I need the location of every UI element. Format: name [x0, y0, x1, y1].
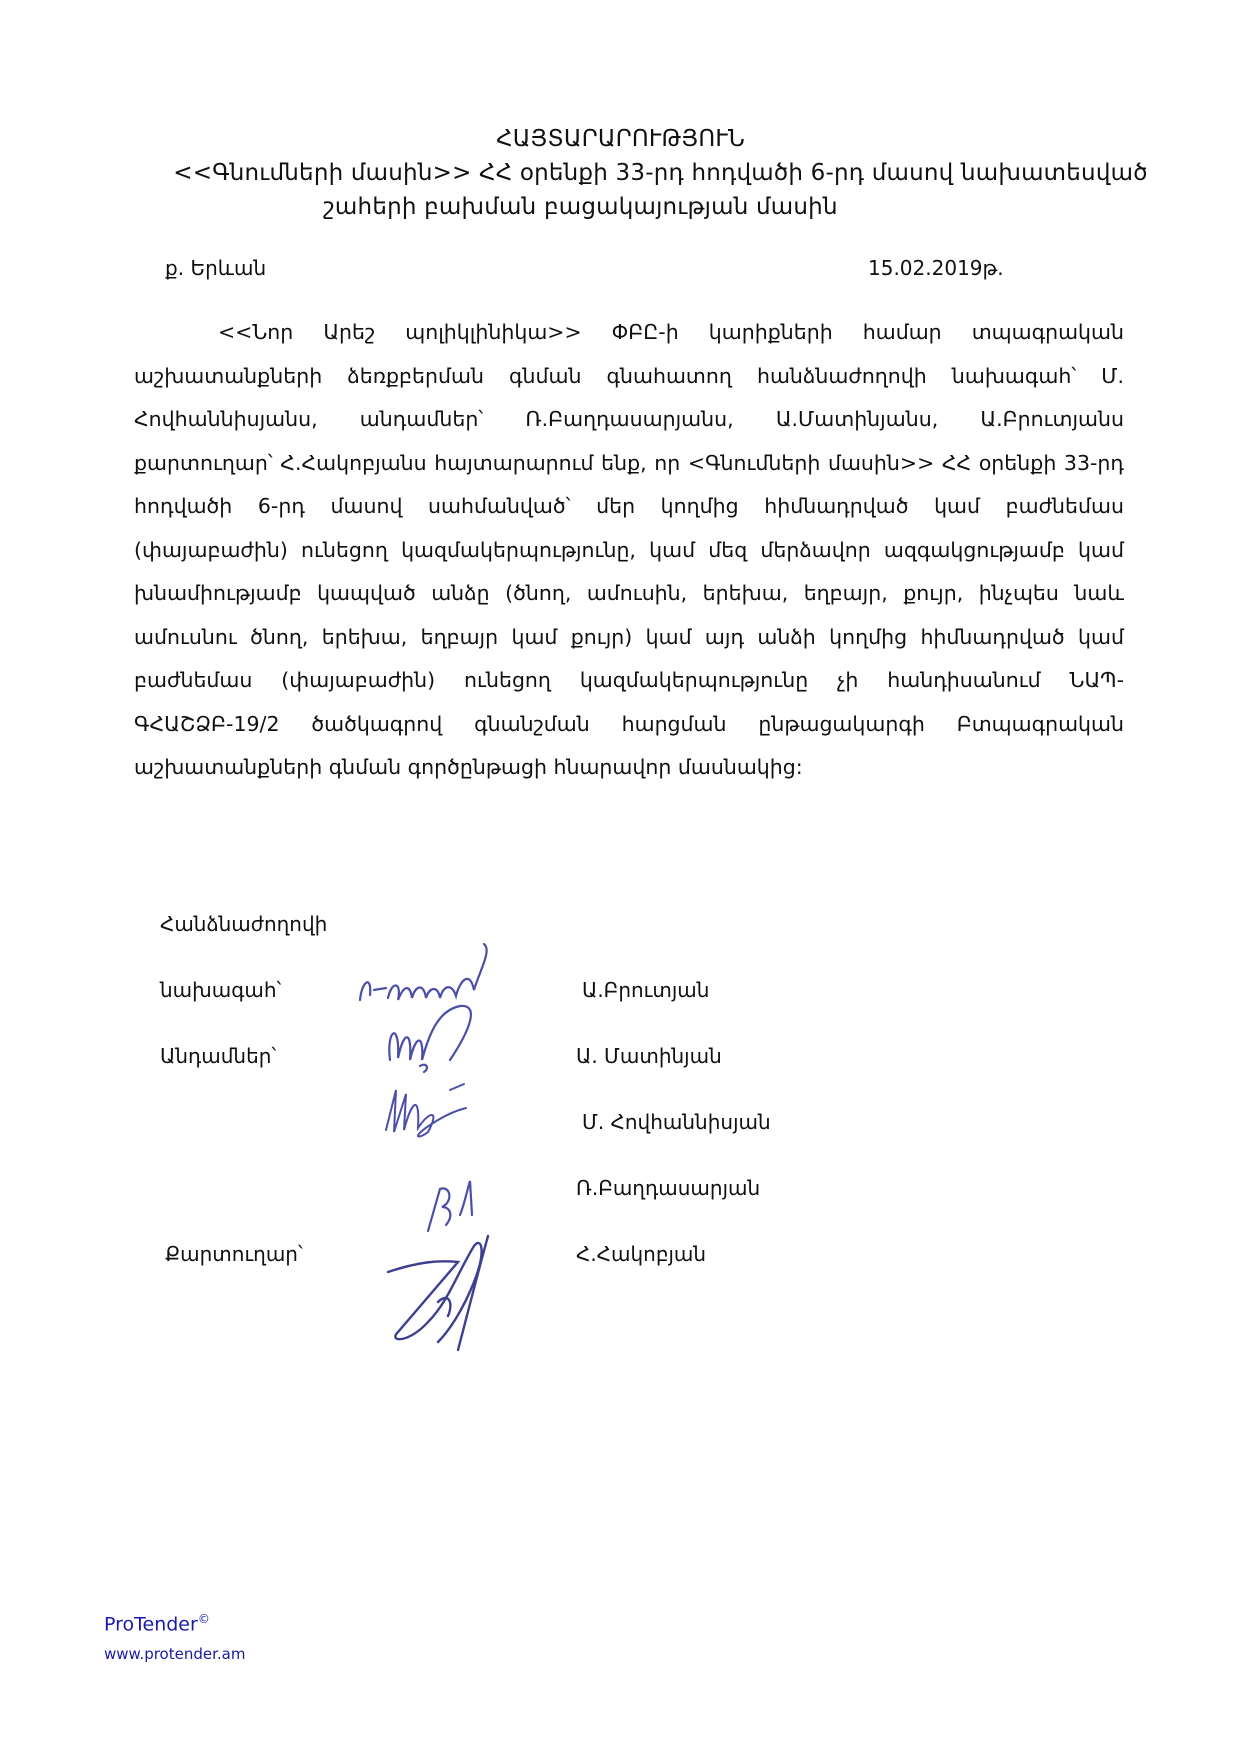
signature-member-icon — [380, 1000, 490, 1080]
signatory-name: Մ. Հովհաննիսյան — [582, 1110, 771, 1134]
signature-member-icon — [378, 1080, 478, 1150]
document-subtitle-line1: <<Գնումների մասին>> ՀՀ օրենքի 33-րդ հոդվ… — [40, 156, 1241, 190]
signatory-name: Ա. Մատինյան — [576, 1044, 722, 1068]
chair-label: նախագահ՝ — [160, 978, 281, 1002]
protender-url[interactable]: www.protender.am — [104, 1645, 245, 1663]
secretary-label: Քարտուղար՝ — [165, 1242, 303, 1266]
signatory-name: Ա.Բրուտյան — [582, 978, 709, 1002]
signature-member-icon — [420, 1175, 490, 1235]
brand-name: ProTender — [104, 1613, 198, 1635]
signatory-name: Ռ.Բաղդասարյան — [576, 1176, 760, 1200]
document-title: ՀԱՅՏԱՐԱՐՈՒԹՅՈՒՆ — [0, 122, 1241, 156]
document-subtitle-line2: շահերի բախման բացակայության մասին — [0, 190, 1201, 224]
place: ք. Երևան — [165, 256, 266, 280]
date: 15.02.2019թ. — [868, 256, 1004, 280]
signature-secretary-icon — [378, 1232, 508, 1352]
committee-label: Հանձնաժողովի — [160, 912, 327, 936]
copyright-icon: © — [198, 1612, 210, 1626]
signatory-name: Հ.Հակոբյան — [576, 1242, 706, 1266]
protender-brand: ProTender© — [104, 1612, 210, 1635]
members-label: Անդամներ՝ — [160, 1044, 276, 1068]
declaration-body: <<Նոր Արեշ պոլիկլինիկա>> ՓԲԸ-ի կարիքների… — [134, 311, 1124, 790]
